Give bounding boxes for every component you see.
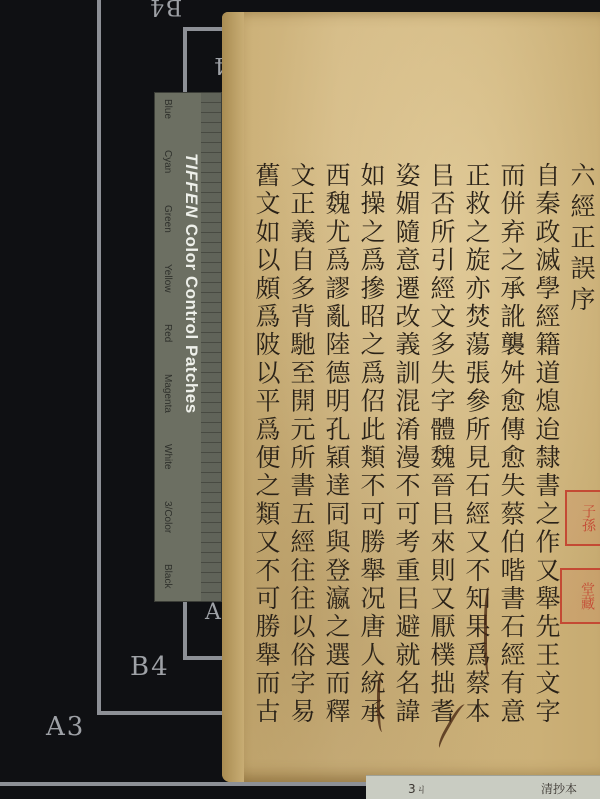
strip-title: Color Control Patches [182,224,201,414]
text-column: 㠯否所引經文多失字體魏晉㠯來則又厭樸拙耆 [424,162,459,722]
patch-label: Magenta [157,374,173,413]
text-column: 如操之爲摻昭之爲佋此類不可勝舉况唐人統承 [354,162,389,722]
edition-note: 清抄本 [541,780,577,797]
collector-seal: 子孫 [565,490,600,546]
guide-label-a3: A3 [46,712,85,742]
patch-label: Green [157,205,173,233]
wormhole-trail [377,672,390,732]
ruler-scale [201,93,221,601]
patch-label: Yellow [157,264,173,293]
text-column: 舊文如以頗爲陂以平爲便之類又不可勝舉而古 [249,162,284,722]
guide-label-a: A [205,600,223,625]
collector-seal: 堂藏 [560,568,600,624]
text-column: 而併弃之承訛襲舛愈傳愈失蔡伯喈書石經有意 [494,162,529,722]
guide-label-b4: B4 [130,652,170,682]
patch-label: Black [157,564,173,588]
tiffen-logo: TIFFEN [182,153,201,219]
text-column: 西魏尤爲謬亂陸德明孔穎達同與登瀛之選而釋 [319,162,354,722]
catalog-label-slip: 3ㄐ 清抄本 [366,775,600,799]
patch-label: 3/Color [157,501,173,533]
strip-brand: TIFFEN Color Control Patches [175,153,201,473]
guide-label-b4-top: B4 [148,0,182,19]
color-patch-labels: Blue Cyan Green Yellow Red Magenta White… [157,99,173,589]
wormhole-trail [484,587,497,677]
manuscript-page: 六經正誤序 自秦政滅學經籍道熄迨隸書之作又舉先王文字 而併弃之承訛襲舛愈傳愈失蔡… [222,12,600,782]
manuscript-text: 六經正誤序 自秦政滅學經籍道熄迨隸書之作又舉先王文字 而併弃之承訛襲舛愈傳愈失蔡… [240,162,600,722]
text-column: 自秦政滅學經籍道熄迨隸書之作又舉先王文字 [529,162,564,722]
patch-label: Blue [157,99,173,119]
patch-label: Cyan [157,150,173,173]
preface-title: 六經正誤序 [564,162,599,722]
patch-label: White [157,444,173,470]
call-number: 3ㄐ [408,780,428,797]
text-column: 姿媚隨意遷改義訓混淆漫不可考重㠯避就名諱 [389,162,424,722]
text-column: 文正義自多背馳至開元所書五經往往以俗字易 [284,162,319,722]
patch-label: Red [157,324,173,342]
color-control-strip: Blue Cyan Green Yellow Red Magenta White… [155,93,221,601]
